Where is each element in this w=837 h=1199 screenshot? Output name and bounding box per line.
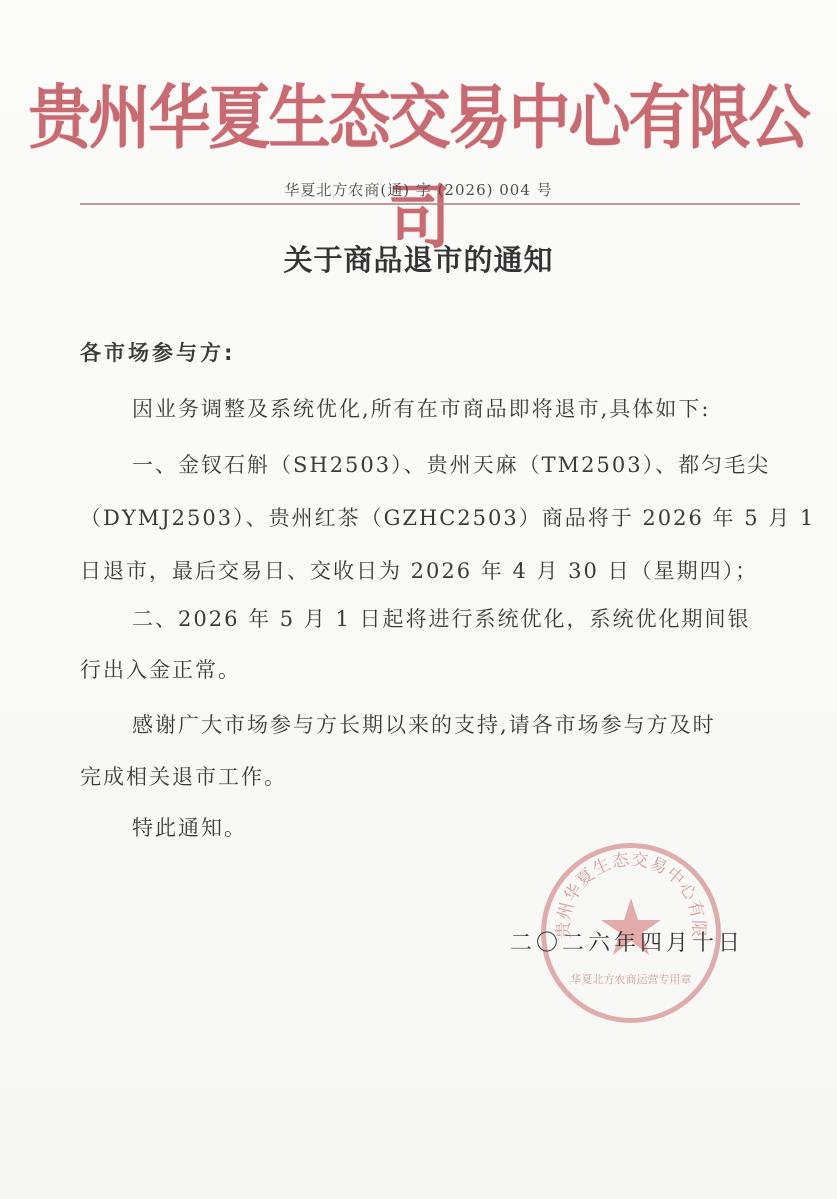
issue-date: 二〇二六年四月十日 (510, 926, 744, 957)
thanks-line-1: 感谢广大市场参与方长期以来的支持,请各市场参与方及时 (80, 712, 837, 739)
seal-inner-text: 华夏北方农商运营专用章 (571, 972, 692, 986)
thanks-line-2: 完成相关退市工作。 (80, 764, 800, 791)
salutation: 各市场参与方: (80, 340, 800, 367)
header-divider (80, 203, 800, 205)
intro-paragraph-line: 因业务调整及系统优化,所有在市商品即将退市,具体如下: (80, 396, 837, 423)
notice-document: 贵州华夏生态交易中心有限公司 华夏北方农商(通) 字 (2026) 004 号 … (0, 0, 837, 1199)
company-masthead: 贵州华夏生态交易中心有限公司 (0, 62, 837, 261)
document-number: 华夏北方农商(通) 字 (2026) 004 号 (0, 179, 837, 200)
item-two-line-1: 二、2026 年 5 月 1 日起将进行系统优化，系统优化期间银 (80, 606, 837, 633)
item-two-line-2: 行出入金正常。 (80, 657, 800, 684)
closing-line: 特此通知。 (80, 815, 837, 842)
notice-title: 关于商品退市的通知 (0, 238, 837, 279)
item-one-line-1: 一、金钗石斛（SH2503）、贵州天麻（TM2503）、都匀毛尖 (80, 452, 837, 479)
item-one-line-2: （DYMJ2503）、贵州红茶（GZHC2503）商品将于 2026 年 5 月… (80, 505, 800, 532)
item-one-line-3: 日退市，最后交易日、交收日为 2026 年 4 月 30 日（星期四）； (80, 558, 800, 585)
